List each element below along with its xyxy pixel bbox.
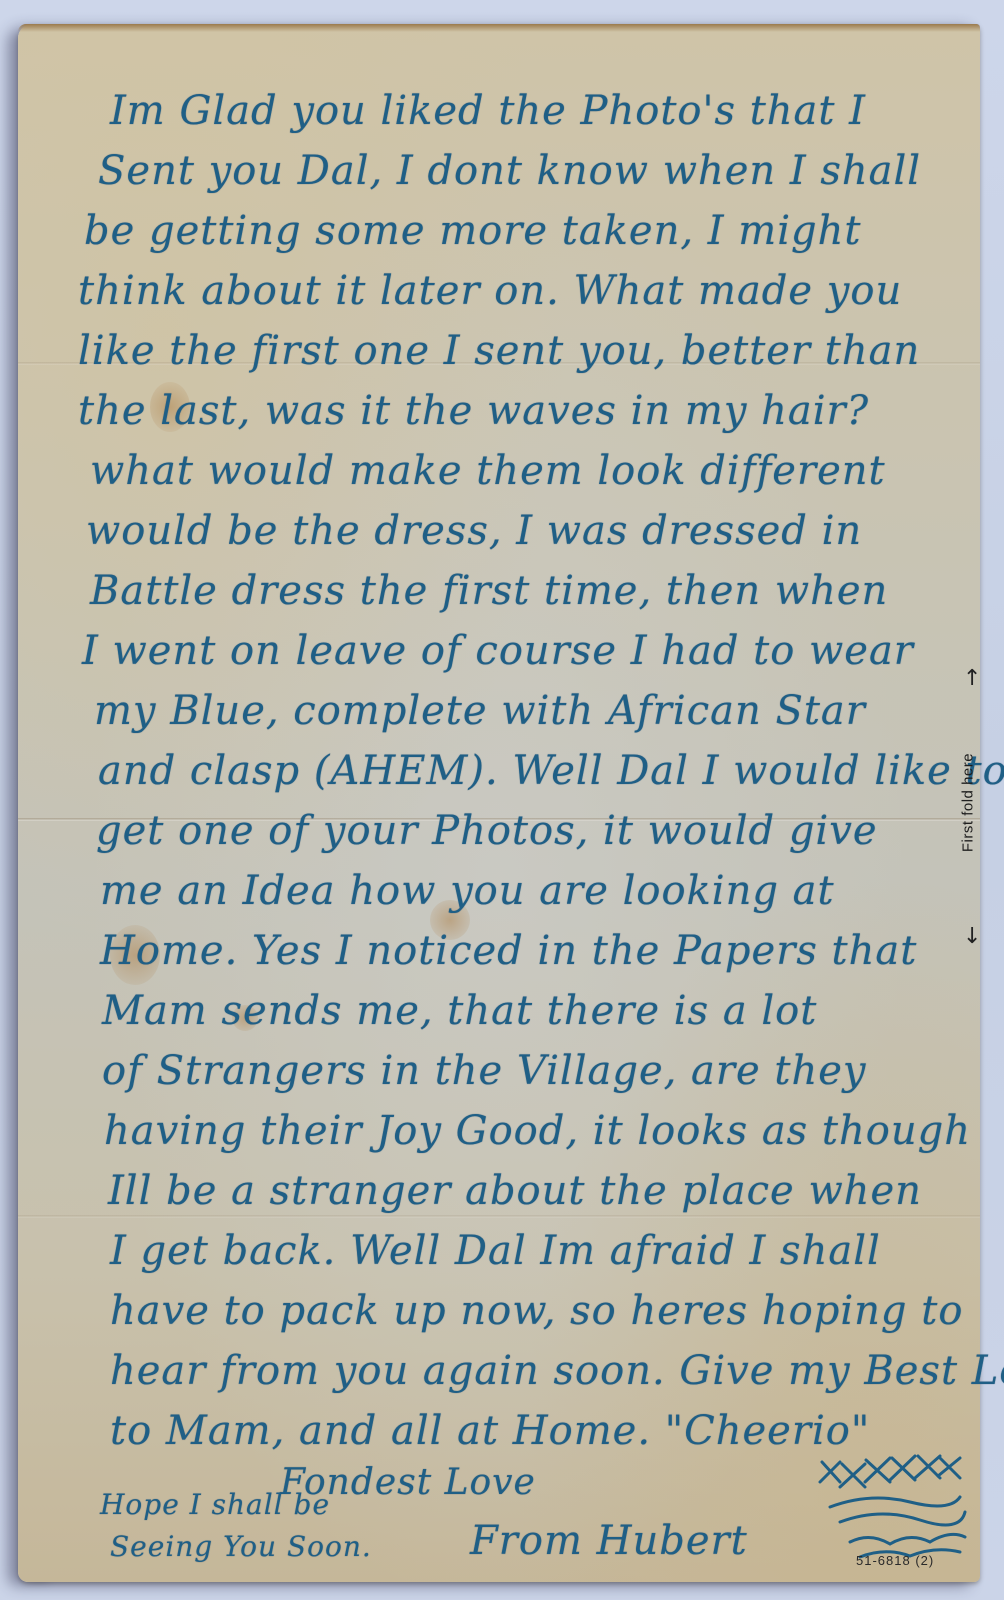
letter-line: my Blue, complete with African Star [94,688,866,734]
letter-line: Ill be a stranger about the place when [108,1168,922,1214]
letter-line: Im Glad you liked the Photo's that I [110,88,866,134]
fold-marker: ↑ First fold here ↓ [956,668,982,948]
letter-line: hear from you again soon. Give my Best L… [110,1348,1004,1394]
arrow-down-icon: ↓ [963,926,981,948]
letter-line: I went on leave of course I had to wear [82,628,914,674]
letter-line: Mam sends me, that there is a lot [102,988,817,1034]
letter-line: I get back. Well Dal Im afraid I shall [110,1228,881,1274]
letter-line: Home. Yes I noticed in the Papers that [100,928,917,974]
letter-line: think about it later on. What made you [78,268,902,314]
letter-line: like the first one I sent you, better th… [78,328,920,374]
letter-line: the last, was it the waves in my hair? [78,388,869,434]
letter-line: have to pack up now, so heres hoping to [110,1288,963,1334]
letter-line: what would make them look different [90,448,886,494]
letter-line: me an Idea how you are looking at [100,868,835,914]
letter-line: Sent you Dal, I dont know when I shall [98,148,921,194]
letter-line: having their Joy Good, it looks as thoug… [104,1108,971,1154]
letter-line: and clasp (AHEM). Well Dal I would like … [98,748,1004,794]
letter-line: of Strangers in the Village, are they [102,1048,867,1094]
letter-signature: From Hubert [470,1518,748,1564]
letter-line: would be the dress, I was dressed in [86,508,862,554]
letter-line: be getting some more taken, I might [84,208,861,254]
fold-instruction: First fold here [960,673,977,933]
letter-line: get one of your Photos, it would give [96,808,878,854]
letter-line: Battle dress the first time, then when [90,568,888,614]
form-number: 51-6818 (2) [856,1553,934,1568]
postscript-line: Hope I shall be [100,1488,330,1521]
fold-crease [18,1215,980,1218]
postscript-line: Seeing You Soon. [110,1530,372,1563]
kisses-scribble [810,1452,970,1562]
letter-line: to Mam, and all at Home. "Cheerio" [110,1408,870,1454]
